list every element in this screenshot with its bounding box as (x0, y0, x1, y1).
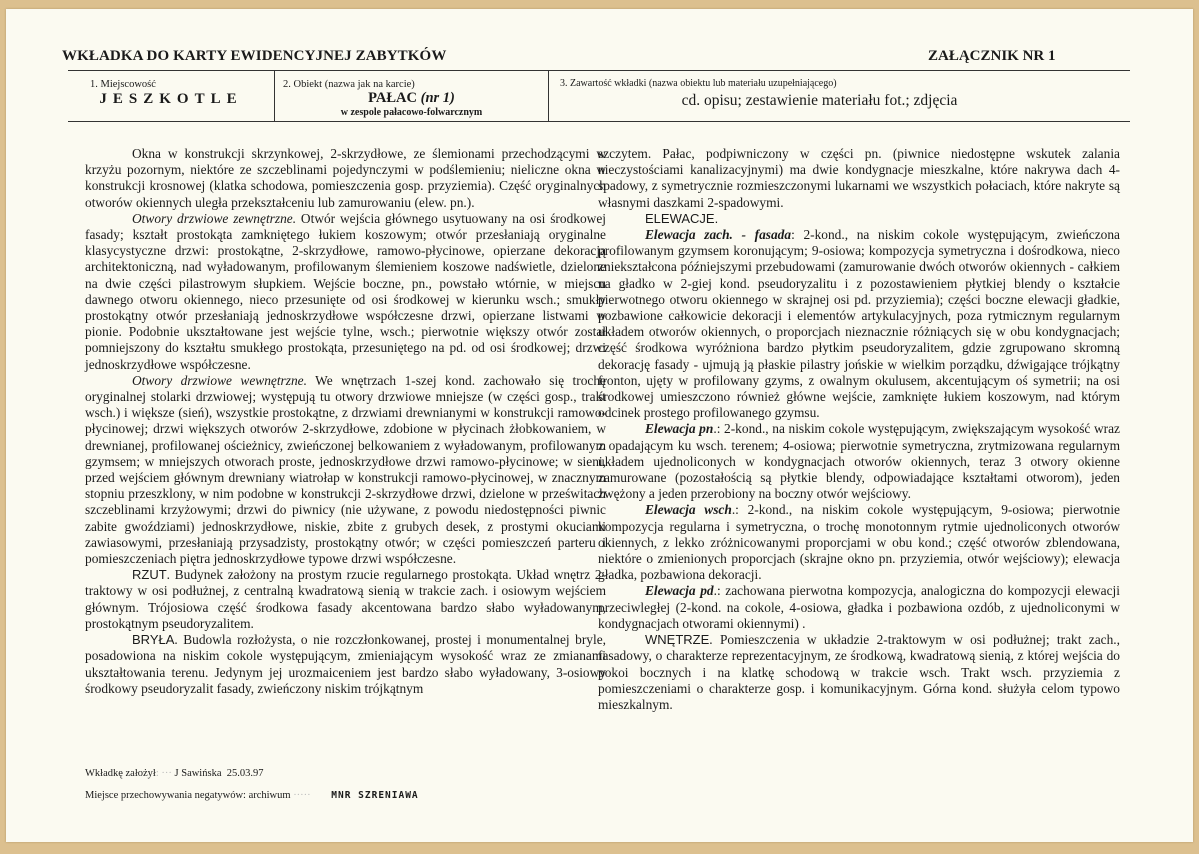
metadata-table: 1. Miejscowość JESZKOTLE 2. Obiekt (nazw… (68, 70, 1130, 122)
heading-north-elevation: Elewacja pn (645, 421, 713, 436)
paragraph-elevations-heading: ELEWACJE. (598, 211, 1120, 227)
heading-west-elevation: Elewacja zach. - fasada (645, 227, 791, 242)
heading-south-elevation: Elewacja pd (645, 583, 714, 598)
left-text-column: Okna w konstrukcji skrzynkowej, 2-skrzyd… (85, 146, 606, 697)
heading-elevations: ELEWACJE. (645, 211, 718, 226)
contents-label: 3. Zawartość wkładki (nazwa obiektu lub … (560, 78, 837, 89)
paragraph-east-elevation: Elewacja wsch.: 2-kond., na niskim cokol… (598, 502, 1120, 583)
heading-east-elevation: Elewacja wsch (645, 502, 732, 517)
paragraph-interior-doors: Otwory drzwiowe wewnętrzne. We wnętrzach… (85, 373, 606, 567)
negatives-redacted: ····· (293, 790, 310, 801)
location-cell: 1. Miejscowość JESZKOTLE (68, 71, 274, 121)
paragraph-north-elevation: Elewacja pn.: 2-kond., na niskim cokole … (598, 421, 1120, 502)
negatives-label: Miejsce przechowywania negatywów: archiw… (85, 790, 291, 801)
location-label: 1. Miejscowość (90, 79, 156, 90)
paragraph-south-elevation: Elewacja pd.: zachowana pierwotna kompoz… (598, 583, 1120, 632)
paragraph-continuation: szczytem. Pałac, podpiwniczony w części … (598, 146, 1120, 211)
object-number: (nr 1) (421, 90, 455, 106)
contents-cell: 3. Zawartość wkładki (nazwa obiektu lub … (548, 71, 1130, 121)
contents-value: cd. opisu; zestawienie materiału fot.; z… (549, 92, 1090, 110)
right-text-column: szczytem. Pałac, podpiwniczony w części … (598, 146, 1120, 713)
paragraph-interior: WNĘTRZE. Pomieszczenia w układzie 2-trak… (598, 632, 1120, 713)
paragraph-exterior-doors: Otwory drzwiowe zewnętrzne. Otwór wejści… (85, 211, 606, 373)
founder-line: Wkładkę założył: ··· J Sawińska 25.03.97 (85, 768, 263, 779)
paragraph-west-elevation: Elewacja zach. - fasada: 2-kond., na nis… (598, 227, 1120, 421)
object-name: PAŁAC (368, 90, 417, 106)
heading-massing: BRYŁA (132, 632, 174, 647)
paragraph-massing: BRYŁA. Budowla rozłożysta, o nie rozczło… (85, 632, 606, 697)
text-west-elevation: : 2-kond., na niskim cokole występującym… (598, 227, 1120, 420)
annex-number: ZAŁĄCZNIK NR 1 (928, 48, 1056, 65)
text-interior-doors: We wnętrzach 1-szej kond. zachowało się … (85, 373, 606, 566)
heading-interior: WNĘTRZE (645, 632, 709, 647)
object-value: PAŁAC (nr 1) (275, 90, 548, 107)
object-subtitle: w zespole pałacowo-folwarcznym (275, 107, 548, 118)
founder-name: J Sawińska (175, 768, 222, 779)
location-value: JESZKOTLE (68, 91, 274, 108)
founder-label: Wkładkę założył (85, 768, 156, 779)
object-label: 2. Obiekt (nazwa jak na karcie) (283, 79, 415, 90)
heading-plan: RZUT (132, 567, 167, 582)
founding-date: 25.03.97 (227, 768, 264, 779)
object-cell: 2. Obiekt (nazwa jak na karcie) PAŁAC (n… (274, 71, 548, 121)
heading-interior-doors: Otwory drzwiowe wewnętrzne. (132, 373, 307, 388)
paragraph-plan: RZUT. Budynek założony na prostym rzucie… (85, 567, 606, 632)
negatives-storage-line: Miejsce przechowywania negatywów: archiw… (85, 790, 419, 801)
text-exterior-doors: Otwór wejścia głównego usytuowany na osi… (85, 211, 606, 372)
founder-redacted: : ··· (156, 768, 172, 779)
paragraph-windows: Okna w konstrukcji skrzynkowej, 2-skrzyd… (85, 146, 606, 211)
handwritten-archive-name: MNR SZRENIAWA (331, 790, 418, 801)
document-title: WKŁADKA DO KARTY EWIDENCYJNEJ ZABYTKÓW (62, 48, 446, 65)
heading-exterior-doors: Otwory drzwiowe zewnętrzne. (132, 211, 296, 226)
